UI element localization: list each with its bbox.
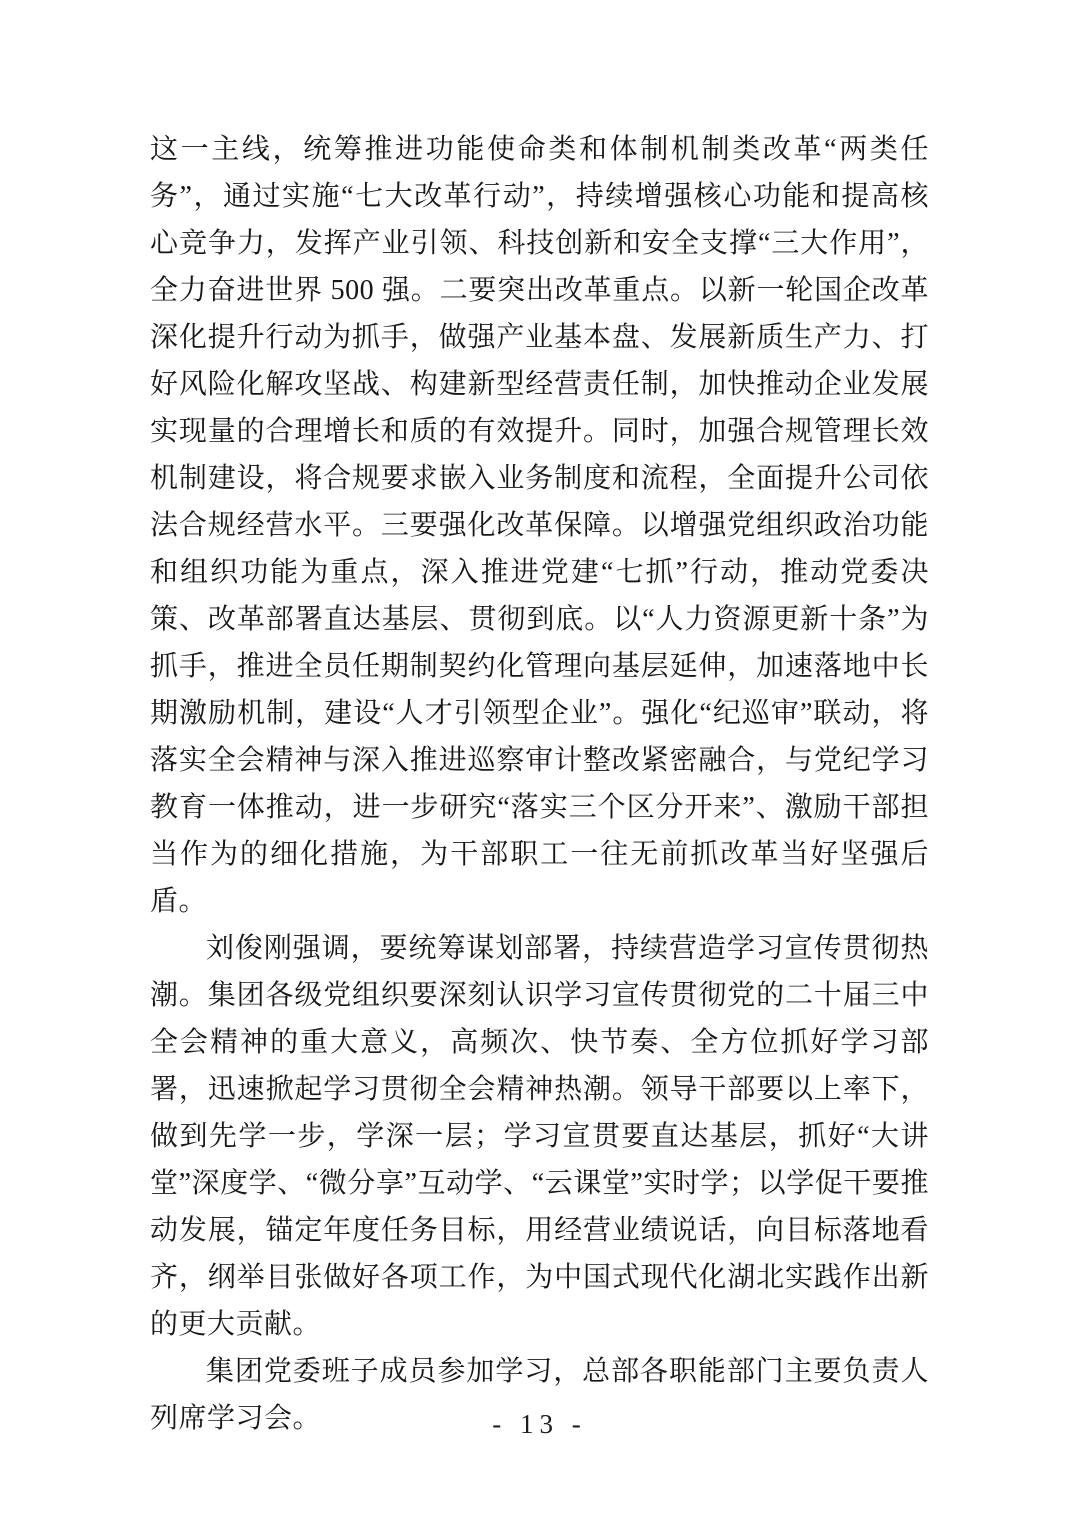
paragraph-liu-jungang-emphasis: 刘俊刚强调，要统筹谋划部署，持续营造学习宣传贯彻热潮。集团各级党组织要深刻认识学… xyxy=(150,925,929,1348)
document-page: 这一主线，统筹推进功能使命类和体制机制类改革“两类任务”，通过实施“七大改革行动… xyxy=(0,0,1074,1520)
page-number: - 13 - xyxy=(150,1406,929,1442)
paragraph-continuation: 这一主线，统筹推进功能使命类和体制机制类改革“两类任务”，通过实施“七大改革行动… xyxy=(150,126,929,925)
document-body: 这一主线，统筹推进功能使命类和体制机制类改革“两类任务”，通过实施“七大改革行动… xyxy=(150,126,929,1442)
